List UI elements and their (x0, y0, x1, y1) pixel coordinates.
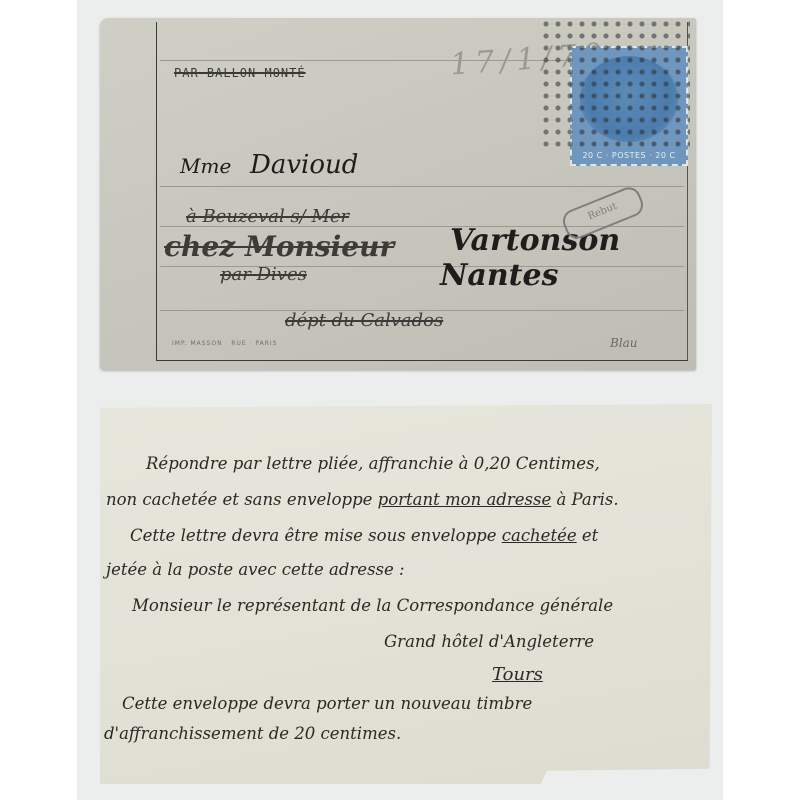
note-underlined: cachetée (502, 526, 577, 545)
stamp-denomination: 20 C · POSTES · 20 C (572, 151, 686, 160)
note-line: d'affranchissement de 20 centimes. (104, 724, 401, 743)
note-line: Répondre par lettre pliée, affranchie à … (146, 454, 600, 473)
original-address-line3: par Dives (220, 264, 307, 285)
note-line: jetée à la poste avec cette adresse : (106, 560, 405, 579)
address-line2: chez Monsieur (164, 230, 394, 263)
note-line: Monsieur le représentant de la Correspon… (132, 596, 613, 615)
note-line: Grand hôtel d'Angleterre (384, 632, 594, 651)
printed-header: PAR BALLON MONTÉ (174, 66, 306, 80)
original-address-line1: à Beuzeval s/ Mer (186, 206, 349, 227)
printer-imprint: IMP. MASSON · RUE · PARIS (172, 340, 277, 347)
envelope-front: PAR BALLON MONTÉ 17/1/70 20 C · POSTES ·… (100, 18, 696, 370)
note-text: et (577, 526, 599, 545)
note-line: Cette enveloppe devra porter un nouveau … (122, 694, 532, 713)
redirect-line2: Nantes (440, 258, 559, 293)
note-underlined: portant mon adresse (378, 490, 552, 509)
instruction-note: Répondre par lettre pliée, affranchie à … (100, 404, 712, 784)
signature-mark: Blau (610, 336, 638, 350)
note-city: Tours (492, 664, 543, 685)
addressee-title: Mme (180, 154, 231, 178)
dotted-cancellation (540, 18, 690, 148)
addressee-name: Davioud (250, 150, 358, 180)
note-line: Cette lettre devra être mise sous envelo… (130, 526, 598, 545)
original-address-line4: dépt du Calvados (285, 310, 443, 331)
note-text: Cette lettre devra être mise sous envelo… (130, 526, 502, 545)
note-text: à Paris. (551, 490, 618, 509)
ruled-line (160, 186, 684, 187)
note-line: non cachetée et sans enveloppe portant m… (106, 490, 619, 509)
note-text: non cachetée et sans enveloppe (106, 490, 378, 509)
